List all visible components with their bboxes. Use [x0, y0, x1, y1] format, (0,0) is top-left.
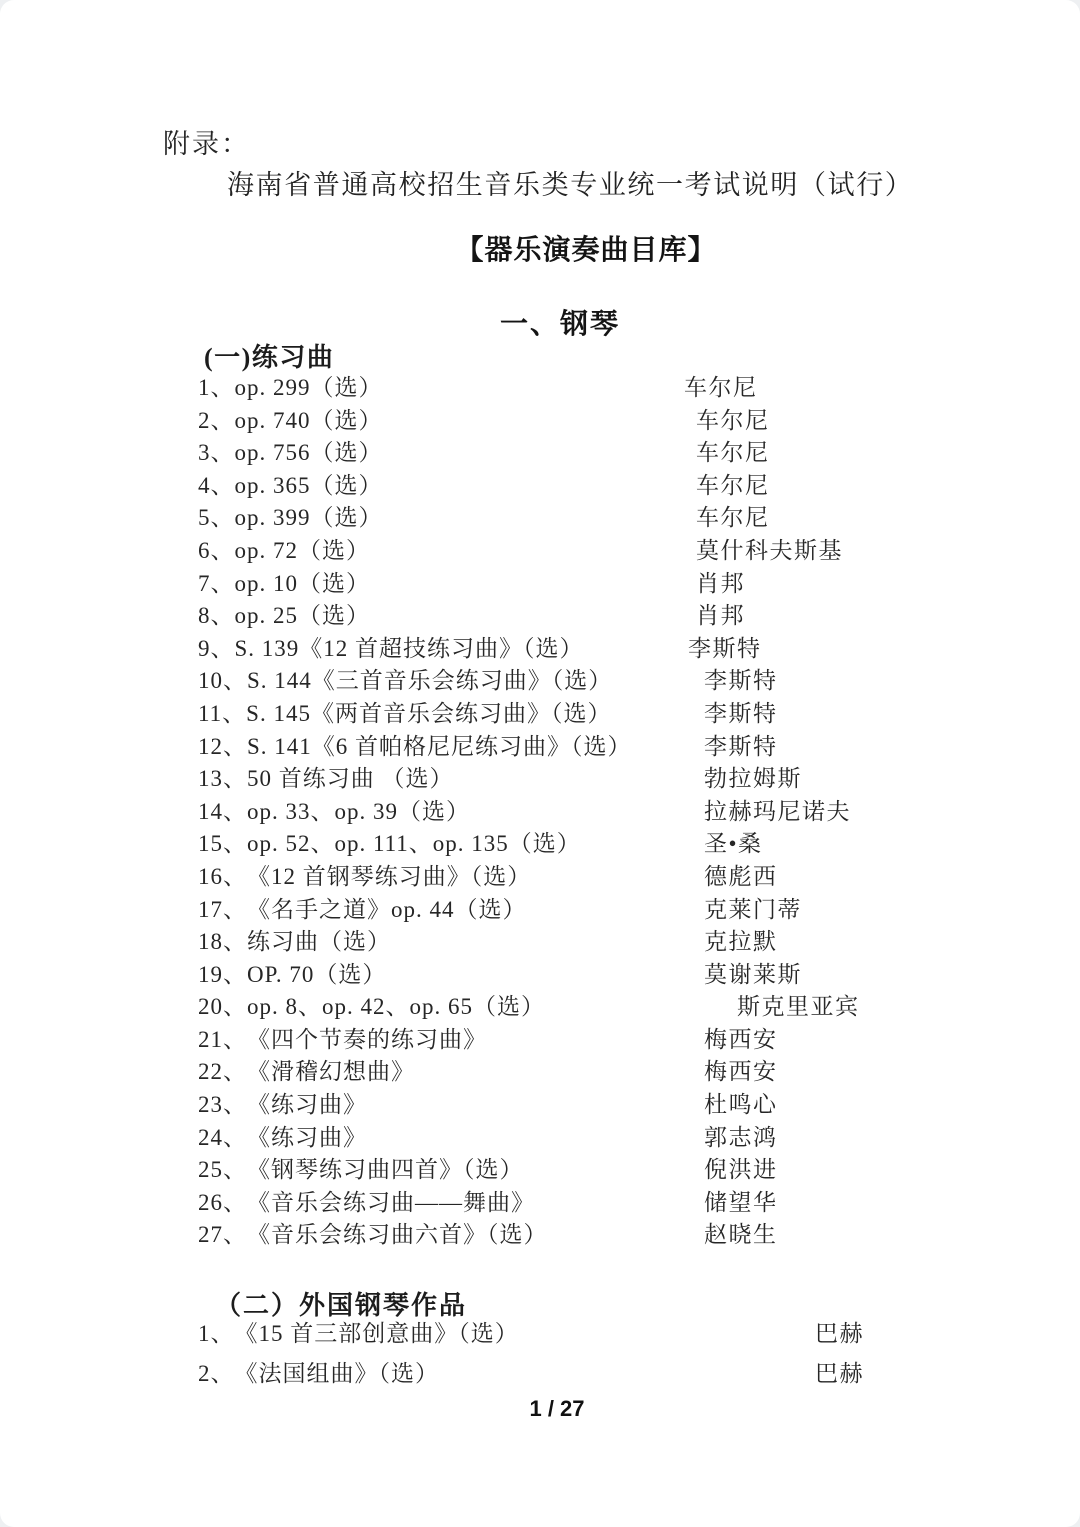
item-composer: 莫谢莱斯 [704, 959, 802, 992]
list-item: 1、op. 299（选）车尔尼 [0, 372, 1080, 405]
list-item: 6、op. 72（选）莫什科夫斯基 [0, 535, 1080, 568]
list-item: 23、《练习曲》杜鸣心 [0, 1089, 1080, 1122]
list-item: 14、op. 33、op. 39（选）拉赫玛尼诺夫 [0, 796, 1080, 829]
item-composer: 斯克里亚宾 [737, 991, 860, 1024]
item-composer: 储望华 [704, 1187, 778, 1220]
list-item: 21、《四个节奏的练习曲》梅西安 [0, 1024, 1080, 1057]
item-number: 6、 [198, 535, 235, 568]
item-number: 19、 [198, 959, 247, 992]
list-item: 5、op. 399（选）车尔尼 [0, 502, 1080, 535]
item-title: S. 141《6 首帕格尼尼练习曲》（选） [247, 734, 632, 759]
item-title: 《12 首钢琴练习曲》（选） [247, 864, 531, 889]
item-title: 《法国组曲》（选） [235, 1361, 440, 1386]
list-item: 20、op. 8、op. 42、op. 65（选）斯克里亚宾 [0, 991, 1080, 1024]
item-title: op. 399（选） [235, 505, 383, 530]
item-composer: 车尔尼 [684, 372, 758, 405]
item-title: 《音乐会练习曲——舞曲》 [247, 1190, 535, 1215]
item-composer: 倪洪进 [704, 1154, 778, 1187]
list-item: 26、《音乐会练习曲——舞曲》储望华 [0, 1187, 1080, 1220]
item-composer: 李斯特 [704, 665, 778, 698]
item-composer: 克拉默 [704, 926, 778, 959]
item-title: op. 10（选） [235, 571, 371, 596]
list-item: 22、《滑稽幻想曲》梅西安 [0, 1056, 1080, 1089]
item-title: 练习曲（选） [247, 929, 391, 954]
item-number: 4、 [198, 470, 235, 503]
item-composer: 巴赫 [815, 1314, 864, 1354]
document-page: 附录： 海南省普通高校招生音乐类专业统一考试说明（试行） 【器乐演奏曲目库】 一… [0, 0, 1080, 1527]
item-title: 《四个节奏的练习曲》 [247, 1027, 487, 1052]
list-item: 9、S. 139《12 首超技练习曲》（选）李斯特 [0, 633, 1080, 666]
item-composer: 肖邦 [696, 600, 745, 633]
item-number: 21、 [198, 1024, 247, 1057]
list-item: 3、op. 756（选）车尔尼 [0, 437, 1080, 470]
item-number: 11、 [198, 698, 246, 731]
item-title: op. 72（选） [235, 538, 371, 563]
item-title: op. 8、op. 42、op. 65（选） [247, 994, 545, 1019]
item-number: 22、 [198, 1056, 247, 1089]
list-item: 2、op. 740（选）车尔尼 [0, 405, 1080, 438]
item-composer: 德彪西 [704, 861, 778, 894]
item-composer: 肖邦 [696, 568, 745, 601]
item-composer: 车尔尼 [696, 405, 770, 438]
item-number: 1、 [198, 1314, 235, 1354]
item-number: 2、 [198, 1354, 235, 1394]
etudes-list: 1、op. 299（选）车尔尼2、op. 740（选）车尔尼3、op. 756（… [0, 372, 1080, 1252]
list-item: 8、op. 25（选）肖邦 [0, 600, 1080, 633]
item-number: 17、 [198, 894, 247, 927]
item-number: 27、 [198, 1219, 247, 1252]
item-title: 《练习曲》 [247, 1125, 367, 1150]
item-number: 5、 [198, 502, 235, 535]
item-composer: 梅西安 [704, 1056, 778, 1089]
item-number: 14、 [198, 796, 247, 829]
item-title: 《练习曲》 [247, 1092, 367, 1117]
item-composer: 李斯特 [704, 731, 778, 764]
appendix-label: 附录： [163, 122, 250, 161]
item-title: op. 52、op. 111、op. 135（选） [247, 831, 581, 856]
instrument-heading: 一、钢琴 [0, 302, 1080, 342]
list-item: 2、《法国组曲》（选）巴赫 [0, 1354, 1080, 1394]
item-number: 25、 [198, 1154, 247, 1187]
item-title: op. 25（选） [235, 603, 371, 628]
item-composer: 李斯特 [688, 633, 762, 666]
list-item: 1、《15 首三部创意曲》（选）巴赫 [0, 1314, 1080, 1354]
item-number: 7、 [198, 568, 235, 601]
item-number: 1、 [198, 372, 235, 405]
item-title: S. 144《三首音乐会练习曲》（选） [247, 668, 612, 693]
list-item: 19、OP. 70（选）莫谢莱斯 [0, 959, 1080, 992]
list-item: 7、op. 10（选）肖邦 [0, 568, 1080, 601]
item-composer: 杜鸣心 [704, 1089, 778, 1122]
list-item: 13、50 首练习曲 （选）勃拉姆斯 [0, 763, 1080, 796]
item-number: 16、 [198, 861, 247, 894]
item-title: 《音乐会练习曲六首》（选） [247, 1222, 548, 1247]
item-title: 50 首练习曲 （选） [247, 766, 454, 791]
list-item: 24、《练习曲》郭志鸿 [0, 1122, 1080, 1155]
item-number: 20、 [198, 991, 247, 1024]
foreign-works-list: 1、《15 首三部创意曲》（选）巴赫2、《法国组曲》（选）巴赫 [0, 1314, 1080, 1394]
item-title: S. 139《12 首超技练习曲》（选） [235, 636, 584, 661]
item-number: 10、 [198, 665, 247, 698]
item-number: 18、 [198, 926, 247, 959]
item-number: 24、 [198, 1122, 247, 1155]
list-item: 4、op. 365（选）车尔尼 [0, 470, 1080, 503]
list-item: 16、《12 首钢琴练习曲》（选）德彪西 [0, 861, 1080, 894]
list-item: 25、《钢琴练习曲四首》（选）倪洪进 [0, 1154, 1080, 1187]
item-title: 《滑稽幻想曲》 [247, 1059, 415, 1084]
item-composer: 巴赫 [815, 1354, 864, 1394]
list-item: 27、《音乐会练习曲六首》（选）赵晓生 [0, 1219, 1080, 1252]
item-number: 15、 [198, 828, 247, 861]
item-title: OP. 70（选） [247, 962, 386, 987]
item-title: op. 365（选） [235, 473, 383, 498]
item-composer: 李斯特 [704, 698, 778, 731]
item-composer: 拉赫玛尼诺夫 [704, 796, 851, 829]
item-composer: 车尔尼 [696, 502, 770, 535]
item-title: op. 299（选） [235, 375, 383, 400]
item-number: 8、 [198, 600, 235, 633]
item-title: 《钢琴练习曲四首》（选） [247, 1157, 524, 1182]
item-title: op. 33、op. 39（选） [247, 799, 470, 824]
item-title: 《名手之道》op. 44（选） [247, 897, 527, 922]
section-etudes-heading: (一)练习曲 [204, 337, 334, 374]
document-title: 海南省普通高校招生音乐类专业统一考试说明（试行） [227, 163, 913, 202]
item-composer: 车尔尼 [696, 470, 770, 503]
item-title: op. 756（选） [235, 440, 383, 465]
item-composer: 圣•桑 [704, 828, 763, 861]
item-composer: 郭志鸿 [704, 1122, 778, 1155]
item-composer: 车尔尼 [696, 437, 770, 470]
list-item: 11、S. 145《两首音乐会练习曲》（选）李斯特 [0, 698, 1080, 731]
item-number: 2、 [198, 405, 235, 438]
item-number: 23、 [198, 1089, 247, 1122]
list-item: 12、S. 141《6 首帕格尼尼练习曲》（选）李斯特 [0, 731, 1080, 764]
item-number: 13、 [198, 763, 247, 796]
list-item: 17、《名手之道》op. 44（选）克莱门蒂 [0, 894, 1080, 927]
list-item: 15、op. 52、op. 111、op. 135（选）圣•桑 [0, 828, 1080, 861]
item-composer: 赵晓生 [704, 1219, 778, 1252]
item-composer: 梅西安 [704, 1024, 778, 1057]
list-item: 10、S. 144《三首音乐会练习曲》（选）李斯特 [0, 665, 1080, 698]
item-title: 《15 首三部创意曲》（选） [235, 1321, 519, 1346]
item-composer: 勃拉姆斯 [704, 763, 802, 796]
list-item: 18、练习曲（选）克拉默 [0, 926, 1080, 959]
item-composer: 莫什科夫斯基 [696, 535, 843, 568]
item-number: 3、 [198, 437, 235, 470]
item-title: op. 740（选） [235, 408, 383, 433]
item-number: 9、 [198, 633, 235, 666]
page-number: 1 / 27 [0, 1396, 1080, 1422]
item-title: S. 145《两首音乐会练习曲》（选） [246, 701, 611, 726]
repertoire-library-heading: 【器乐演奏曲目库】 [0, 228, 1080, 268]
item-number: 12、 [198, 731, 247, 764]
item-number: 26、 [198, 1187, 247, 1220]
item-composer: 克莱门蒂 [704, 894, 802, 927]
